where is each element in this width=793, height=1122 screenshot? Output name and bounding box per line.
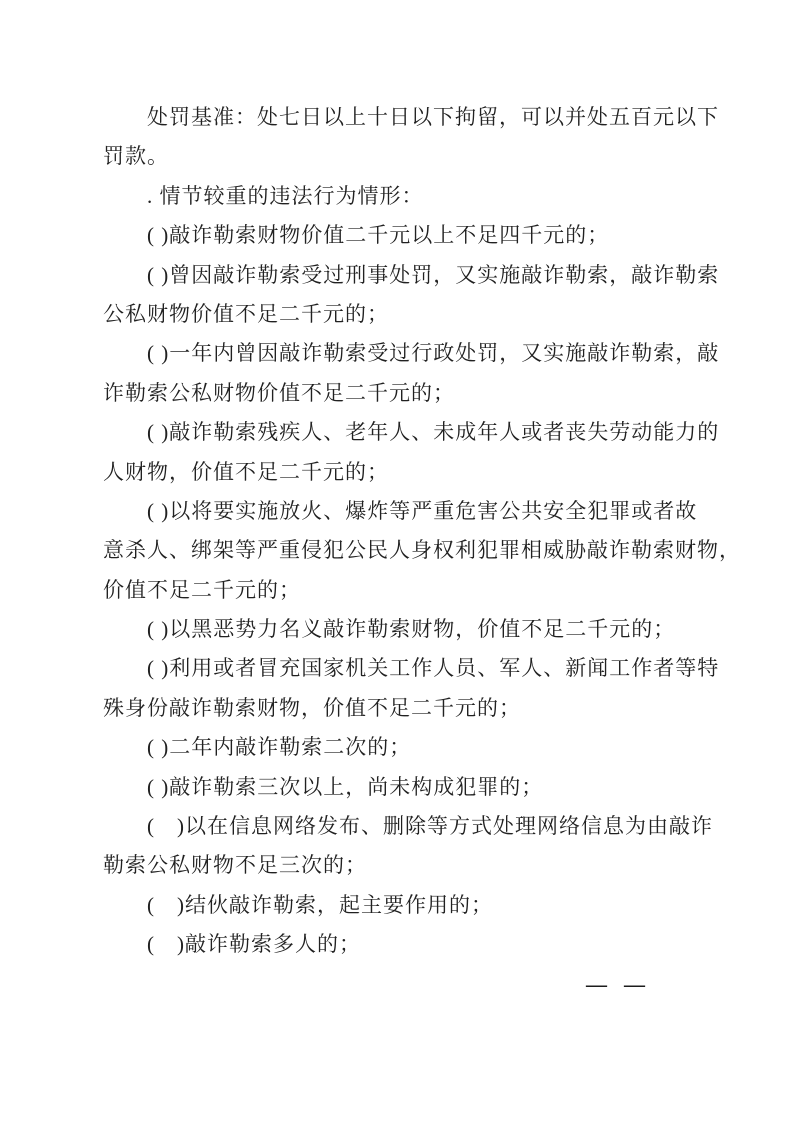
document-line: ( )敲诈勒索残疾人、老年人、未成年人或者丧失劳动能力的 xyxy=(103,413,695,452)
document-line: ( )结伙敲诈勒索，起主要作用的； xyxy=(103,886,695,925)
document-line: 价值不足二千元的； xyxy=(103,571,695,610)
document-line: ( )以在信息网络发布、删除等方式处理网络信息为由敲诈 xyxy=(103,807,695,846)
document-line: ( )二年内敲诈勒索二次的； xyxy=(103,728,695,767)
page-footer: — — xyxy=(586,972,645,997)
document-line: 罚款。 xyxy=(103,137,695,176)
document-line: . 情节较重的违法行为情形： xyxy=(103,177,695,216)
document-line: 诈勒索公私财物价值不足二千元的； xyxy=(103,374,695,413)
document-line: ( )曾因敲诈勒索受过刑事处罚，又实施敲诈勒索，敲诈勒索 xyxy=(103,256,695,295)
document-line: ( )一年内曾因敲诈勒索受过行政处罚，又实施敲诈勒索，敲 xyxy=(103,334,695,373)
document-line: ( )以黑恶势力名义敲诈勒索财物，价值不足二千元的； xyxy=(103,610,695,649)
page-number-dash: — xyxy=(624,972,645,997)
document-line: 殊身份敲诈勒索财物，价值不足二千元的； xyxy=(103,689,695,728)
document-body: 处罚基准：处七日以上十日以下拘留，可以并处五百元以下罚款。. 情节较重的违法行为… xyxy=(103,98,695,965)
document-line: 勒索公私财物不足三次的； xyxy=(103,846,695,885)
document-line: 人财物，价值不足二千元的； xyxy=(103,453,695,492)
document-line: ( )以将要实施放火、爆炸等严重危害公共安全犯罪或者故 xyxy=(103,492,695,531)
document-line: ( )利用或者冒充国家机关工作人员、军人、新闻工作者等特 xyxy=(103,649,695,688)
page-number-dash: — xyxy=(586,972,607,997)
document-page: 处罚基准：处七日以上十日以下拘留，可以并处五百元以下罚款。. 情节较重的违法行为… xyxy=(0,0,793,1122)
document-line: 处罚基准：处七日以上十日以下拘留，可以并处五百元以下 xyxy=(103,98,695,137)
document-line: 意杀人、绑架等严重侵犯公民人身权利犯罪相威胁敲诈勒索财物， xyxy=(103,531,695,570)
document-line: 公私财物价值不足二千元的； xyxy=(103,295,695,334)
document-line: ( )敲诈勒索三次以上，尚未构成犯罪的； xyxy=(103,768,695,807)
document-line: ( )敲诈勒索财物价值二千元以上不足四千元的； xyxy=(103,216,695,255)
document-line: ( )敲诈勒索多人的； xyxy=(103,925,695,964)
